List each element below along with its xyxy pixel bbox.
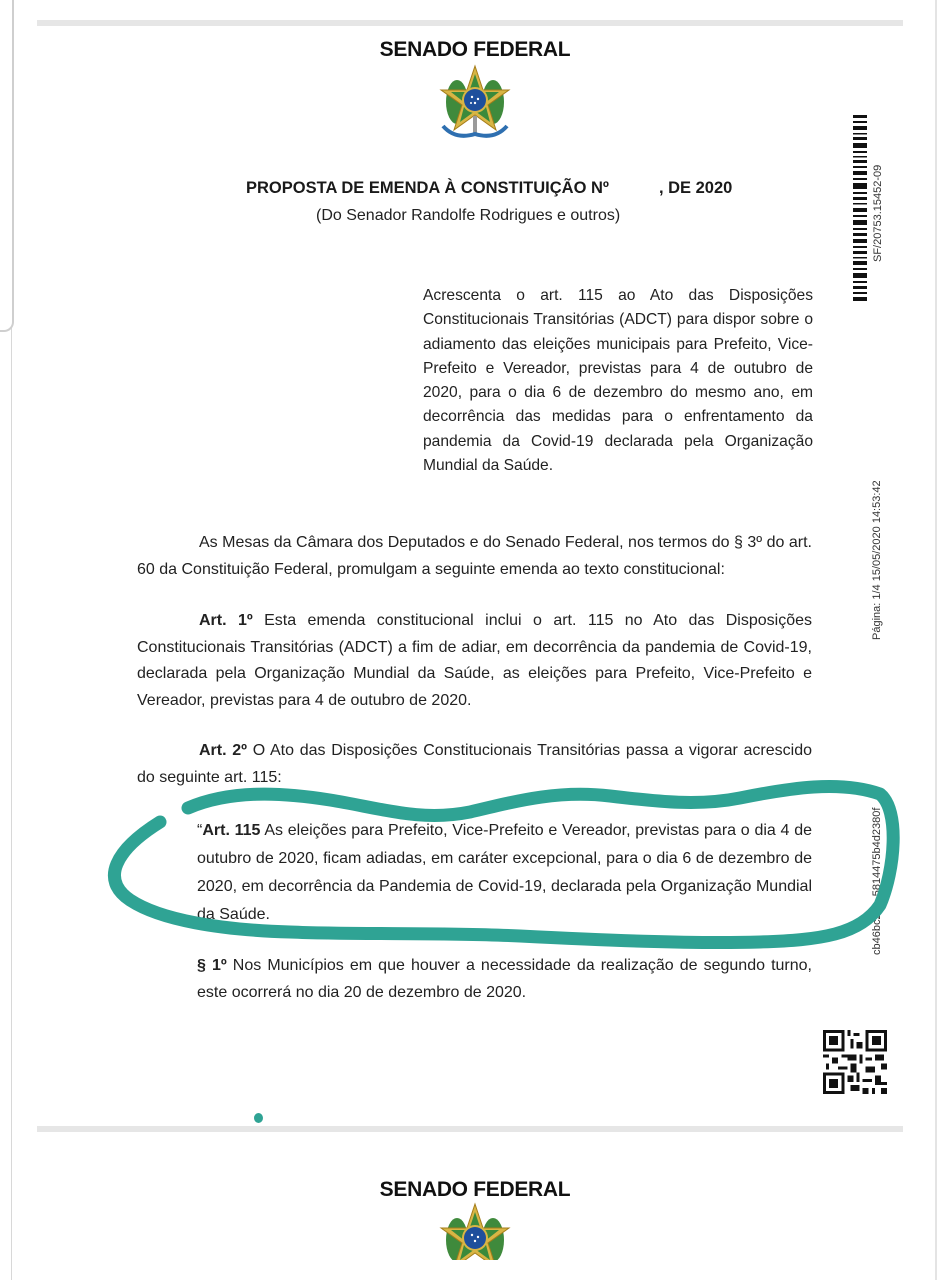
page-stamp: Página: 1/4 15/05/2020 14:53:42 xyxy=(871,480,883,640)
page-separator-top xyxy=(37,20,903,26)
brazil-coat-of-arms-icon xyxy=(435,62,515,142)
paragraph-1-label: § 1º xyxy=(197,957,227,974)
barcode-id: SF/20753.15452-09 xyxy=(872,165,884,262)
quoted-article-115: “Art. 115 As eleições para Prefeito, Vic… xyxy=(197,817,812,929)
pec-label: PROPOSTA DE EMENDA À CONSTITUIÇÃO Nº xyxy=(246,179,609,197)
annotation-dot xyxy=(254,1113,263,1123)
paragraph-1-text: Nos Municípios em que houver a necessida… xyxy=(197,957,812,1001)
institution-header: SENADO FEDERAL xyxy=(0,38,937,62)
page-separator-bottom xyxy=(37,1126,903,1132)
preamble: As Mesas da Câmara dos Deputados e do Se… xyxy=(137,530,812,583)
barcode-icon xyxy=(853,115,867,305)
next-page-institution-header: SENADO FEDERAL xyxy=(0,1178,937,1202)
paragraph-1: § 1º Nos Municípios em que houver a nece… xyxy=(197,952,812,1006)
pec-year: , DE 2020 xyxy=(659,179,732,197)
article-2-label: Art. 2º xyxy=(199,742,247,759)
brazil-coat-of-arms-icon xyxy=(435,1200,515,1260)
article-1: Art. 1º Esta emenda constitucional inclu… xyxy=(137,608,812,714)
article-2: Art. 2º O Ato das Disposições Constituci… xyxy=(137,738,812,791)
article-115-label: Art. 115 xyxy=(202,822,260,839)
pec-title: PROPOSTA DE EMENDA À CONSTITUIÇÃO Nº, DE… xyxy=(246,179,732,198)
article-115-text: As eleições para Prefeito, Vice-Prefeito… xyxy=(197,822,812,923)
ementa: Acrescenta o art. 115 ao Ato das Disposi… xyxy=(423,284,813,478)
document-hash: cb46bc25…5814475b4d2380f xyxy=(871,808,883,955)
qr-code-icon xyxy=(823,1030,887,1094)
pec-author: (Do Senador Randolfe Rodrigues e outros) xyxy=(316,207,620,225)
article-1-label: Art. 1º xyxy=(199,612,253,629)
